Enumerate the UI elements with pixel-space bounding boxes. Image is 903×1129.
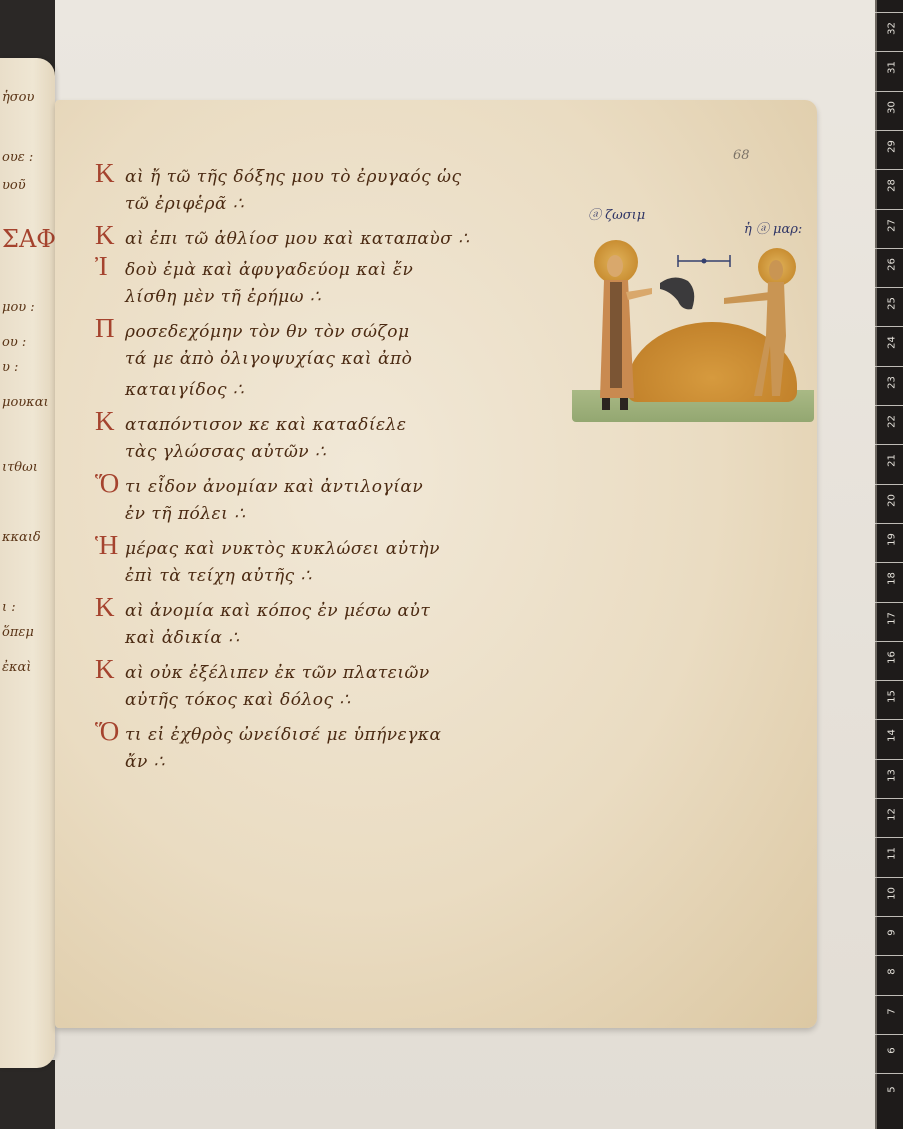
line-text: καὶ ἀδικία ∴ — [125, 628, 240, 648]
red-initial: Ὅ — [95, 716, 125, 747]
ruler-tick: 18 — [875, 562, 903, 599]
text-line: ἐπὶ τὰ τείχη αὐτῆς ∴ — [95, 561, 565, 592]
line-text: τι εἶδον ἀνομίαν καὶ ἀντιλογίαν — [125, 477, 423, 497]
ruler-tick: 25 — [875, 287, 903, 324]
ruler-tick: 11 — [875, 837, 903, 874]
ruler-label: 22 — [887, 414, 898, 430]
ruler-tick: 28 — [875, 169, 903, 206]
ruler-tick: 32 — [875, 12, 903, 49]
ruler-label: 28 — [887, 178, 898, 194]
line-text: ἄν ∴ — [125, 752, 165, 772]
facing-page-text-fragment: μουκαι — [2, 395, 49, 410]
ruler-tick: 13 — [875, 759, 903, 796]
figure-zosimas — [592, 248, 652, 418]
line-text: καταιγίδος ∴ — [125, 380, 244, 400]
ruler-label: 29 — [887, 138, 898, 154]
label-zosimas: ⓐ ζωσιμ — [588, 204, 645, 223]
facing-page-text-fragment: υ : — [2, 360, 18, 375]
text-line: Προσεδεχόμην τὸν θν τὸν σώζομ — [95, 313, 565, 344]
ruler-label: 25 — [887, 296, 898, 312]
cloak — [656, 273, 702, 313]
text-line: Καὶ ἐπι τῶ ἀθλίοσ μου καὶ καταπαὺσ ∴ — [95, 220, 565, 251]
ruler-label: 24 — [887, 335, 898, 351]
ruler-tick: 24 — [875, 326, 903, 363]
facing-page-edge: ἡσουουε :υοῦΣΑΦ :μου :ου :υ :μουκαιιτθωι… — [0, 58, 55, 1068]
facing-page-text-fragment: ΣΑΦ : — [2, 225, 55, 253]
ruler-label: 17 — [887, 610, 898, 626]
ruler-label: 21 — [887, 453, 898, 469]
miniature-illustration: ⓐ ζωσιμ ἡ ⓐ μαρ: — [572, 200, 814, 422]
text-line: λίσθη μὲν τῆ ἐρήμω ∴ — [95, 282, 565, 313]
line-text: τῶ ἐριφἑρᾶ ∴ — [125, 194, 244, 214]
ruler-tick: 27 — [875, 209, 903, 246]
red-initial: Κ — [95, 406, 125, 437]
text-line: τὰς γλώσσας αὐτῶν ∴ — [95, 437, 565, 468]
facing-page-text-fragment: ουε : — [2, 150, 33, 165]
ruler-label: 27 — [887, 217, 898, 233]
ruler-label: 20 — [887, 492, 898, 508]
ruler-tick: 7 — [875, 995, 903, 1032]
ruler-label: 31 — [887, 60, 898, 76]
line-text: μέρας καὶ νυκτὸς κυκλώσει αὐτὴν — [125, 539, 440, 559]
ruler-label: 10 — [887, 885, 898, 901]
ruler-tick: 21 — [875, 444, 903, 481]
facing-page-text-fragment: ιτθωι — [2, 460, 38, 475]
text-line: καταιγίδος ∴ — [95, 375, 565, 406]
facing-page-text-fragment: ἡσου — [2, 90, 34, 105]
ruler-label: 6 — [887, 1042, 898, 1058]
ruler-tick: 5 — [875, 1073, 903, 1110]
ruler-tick: 22 — [875, 405, 903, 442]
red-initial: Κ — [95, 220, 125, 251]
text-line: Καὶ ἤ τῶ τῆς δόξης μου τὸ ἐρυγαός ὡς — [95, 158, 565, 189]
measuring-ruler: 3231302928272625242322212019181716151413… — [875, 0, 903, 1129]
text-line: Καὶ ἀνομία καὶ κόπος ἐν μέσω αὐτ — [95, 592, 565, 623]
ruler-label: 13 — [887, 767, 898, 783]
figure-mary — [722, 256, 802, 406]
facing-page-text-fragment: ἐκαὶ — [2, 660, 31, 675]
line-text: αὐτῆς τόκος καὶ δόλος ∴ — [125, 690, 351, 710]
ruler-label: 16 — [887, 649, 898, 665]
line-text: δοὺ ἐμὰ καὶ ἀφυγαδεύομ καὶ ἔν — [125, 260, 413, 280]
text-line: ἄν ∴ — [95, 747, 565, 778]
text-line: Ἰδοὺ ἐμὰ καὶ ἀφυγαδεύομ καὶ ἔν — [95, 251, 565, 282]
ruler-tick: 14 — [875, 719, 903, 756]
ruler-label: 19 — [887, 531, 898, 547]
text-line: καὶ ἀδικία ∴ — [95, 623, 565, 654]
red-initial: Ἡ — [95, 530, 125, 561]
text-line: Καὶ οὐκ ἐξέλιπεν ἐκ τῶν πλατειῶν — [95, 654, 565, 685]
ruler-tick: 20 — [875, 484, 903, 521]
line-text: ροσεδεχόμην τὸν θν τὸν σώζομ — [125, 322, 410, 342]
ruler-tick: 9 — [875, 916, 903, 953]
ruler-label: 9 — [887, 924, 898, 940]
ruler-tick: 12 — [875, 798, 903, 835]
ruler-label: 12 — [887, 807, 898, 823]
ruler-tick: 26 — [875, 248, 903, 285]
text-line: Ὅτι εἰ ἐχθρὸς ὠνείδισέ με ὑπήνεγκα — [95, 716, 565, 747]
line-text: τὰς γλώσσας αὐτῶν ∴ — [125, 442, 326, 462]
ruler-tick: 8 — [875, 955, 903, 992]
red-initial: Π — [95, 313, 125, 344]
ruler-label: 15 — [887, 689, 898, 705]
line-text: αὶ ἐπι τῶ ἀθλίοσ μου καὶ καταπαὺσ ∴ — [125, 229, 470, 249]
ruler-label: 14 — [887, 728, 898, 744]
ruler-tick: 31 — [875, 51, 903, 88]
facing-page-text-fragment: ὅπεμ — [2, 625, 34, 640]
ruler-tick: 10 — [875, 877, 903, 914]
line-text: ἐν τῆ πόλει ∴ — [125, 504, 246, 524]
facing-page-text-fragment: κκαιδ — [2, 530, 41, 545]
red-initial: Κ — [95, 654, 125, 685]
red-initial: Ὅ — [95, 468, 125, 499]
text-line: ἐν τῆ πόλει ∴ — [95, 499, 565, 530]
line-text: αὶ ἀνομία καὶ κόπος ἐν μέσω αὐτ — [125, 601, 430, 621]
red-initial: Κ — [95, 592, 125, 623]
ruler-label: 26 — [887, 256, 898, 272]
text-line: τῶ ἐριφἑρᾶ ∴ — [95, 189, 565, 220]
ruler-label: 5 — [887, 1082, 898, 1098]
folio-number: 68 — [733, 148, 750, 163]
red-initial: Ἰ — [95, 251, 125, 282]
ruler-label: 11 — [887, 846, 898, 862]
ruler-label: 32 — [887, 21, 898, 37]
text-line: Ἡμέρας καὶ νυκτὸς κυκλώσει αὐτὴν — [95, 530, 565, 561]
line-text: ἐπὶ τὰ τείχη αὐτῆς ∴ — [125, 566, 312, 586]
label-mary: ἡ ⓐ μαρ: — [744, 218, 802, 237]
line-text: τά με ἀπὸ ὀλιγοψυχίας καὶ ἀπὸ — [125, 349, 412, 369]
text-line: Ὅτι εἶδον ἀνομίαν καὶ ἀντιλογίαν — [95, 468, 565, 499]
facing-page-text-fragment: ι : — [2, 600, 16, 615]
ruler-label: 30 — [887, 99, 898, 115]
ruler-label: 23 — [887, 374, 898, 390]
text-line: Καταπόντισον κε καὶ καταδίελε — [95, 406, 565, 437]
facing-page-text-fragment: μου : — [2, 300, 35, 315]
facing-page-text-fragment: υοῦ — [2, 178, 26, 193]
ruler-tick: 19 — [875, 523, 903, 560]
ruler-tick: 17 — [875, 602, 903, 639]
ruler-tick: 15 — [875, 680, 903, 717]
red-initial: Κ — [95, 158, 125, 189]
ruler-tick: 16 — [875, 641, 903, 678]
line-text: τι εἰ ἐχθρὸς ὠνείδισέ με ὑπήνεγκα — [125, 725, 442, 745]
ruler-label: 7 — [887, 1003, 898, 1019]
line-text: λίσθη μὲν τῆ ἐρήμω ∴ — [125, 287, 321, 307]
ruler-tick: 29 — [875, 130, 903, 167]
ruler-tick: 23 — [875, 366, 903, 403]
ruler-label: 18 — [887, 571, 898, 587]
ruler-label: 8 — [887, 964, 898, 980]
ruler-tick: 6 — [875, 1034, 903, 1071]
ruler-tick: 30 — [875, 91, 903, 128]
dark-backdrop-bottom — [0, 1060, 55, 1129]
text-line: αὐτῆς τόκος καὶ δόλος ∴ — [95, 685, 565, 716]
manuscript-text-block: Καὶ ἤ τῶ τῆς δόξης μου τὸ ἐρυγαός ὡςτῶ ἐ… — [95, 158, 565, 778]
line-text: αὶ οὐκ ἐξέλιπεν ἐκ τῶν πλατειῶν — [125, 663, 430, 683]
text-line: τά με ἀπὸ ὀλιγοψυχίας καὶ ἀπὸ — [95, 344, 565, 375]
line-text: αὶ ἤ τῶ τῆς δόξης μου τὸ ἐρυγαός ὡς — [125, 167, 461, 187]
facing-page-text-fragment: ου : — [2, 335, 26, 350]
line-text: αταπόντισον κε καὶ καταδίελε — [125, 415, 407, 435]
